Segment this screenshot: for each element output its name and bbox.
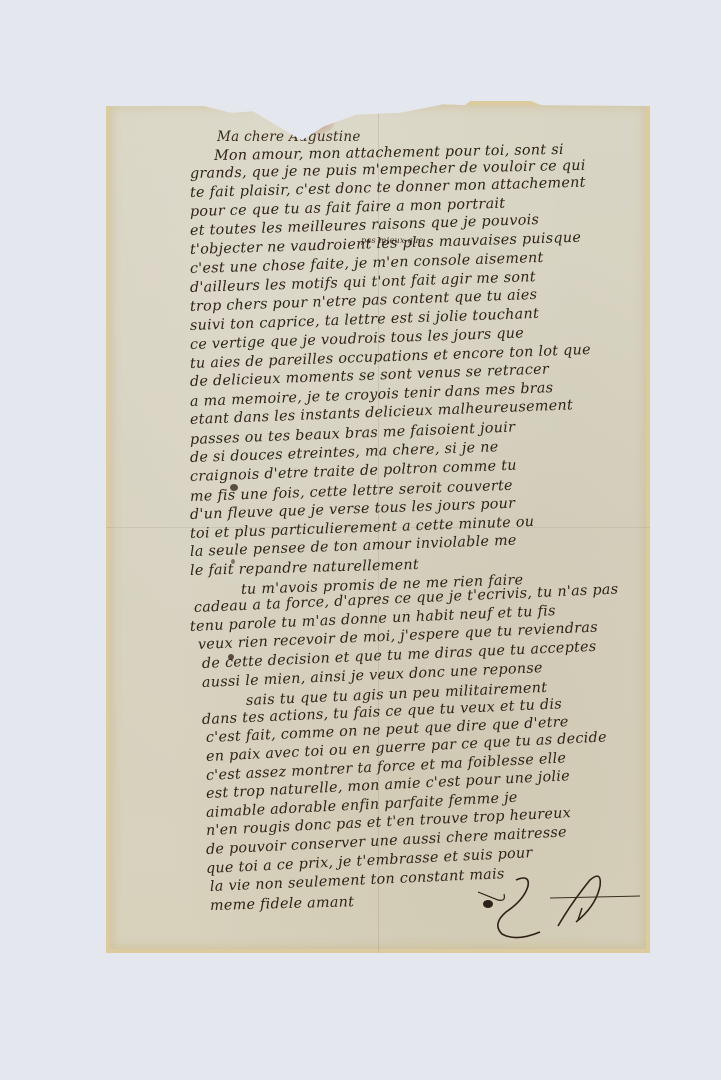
signature-flourish <box>458 872 648 944</box>
letter-body-lower <box>106 101 650 953</box>
